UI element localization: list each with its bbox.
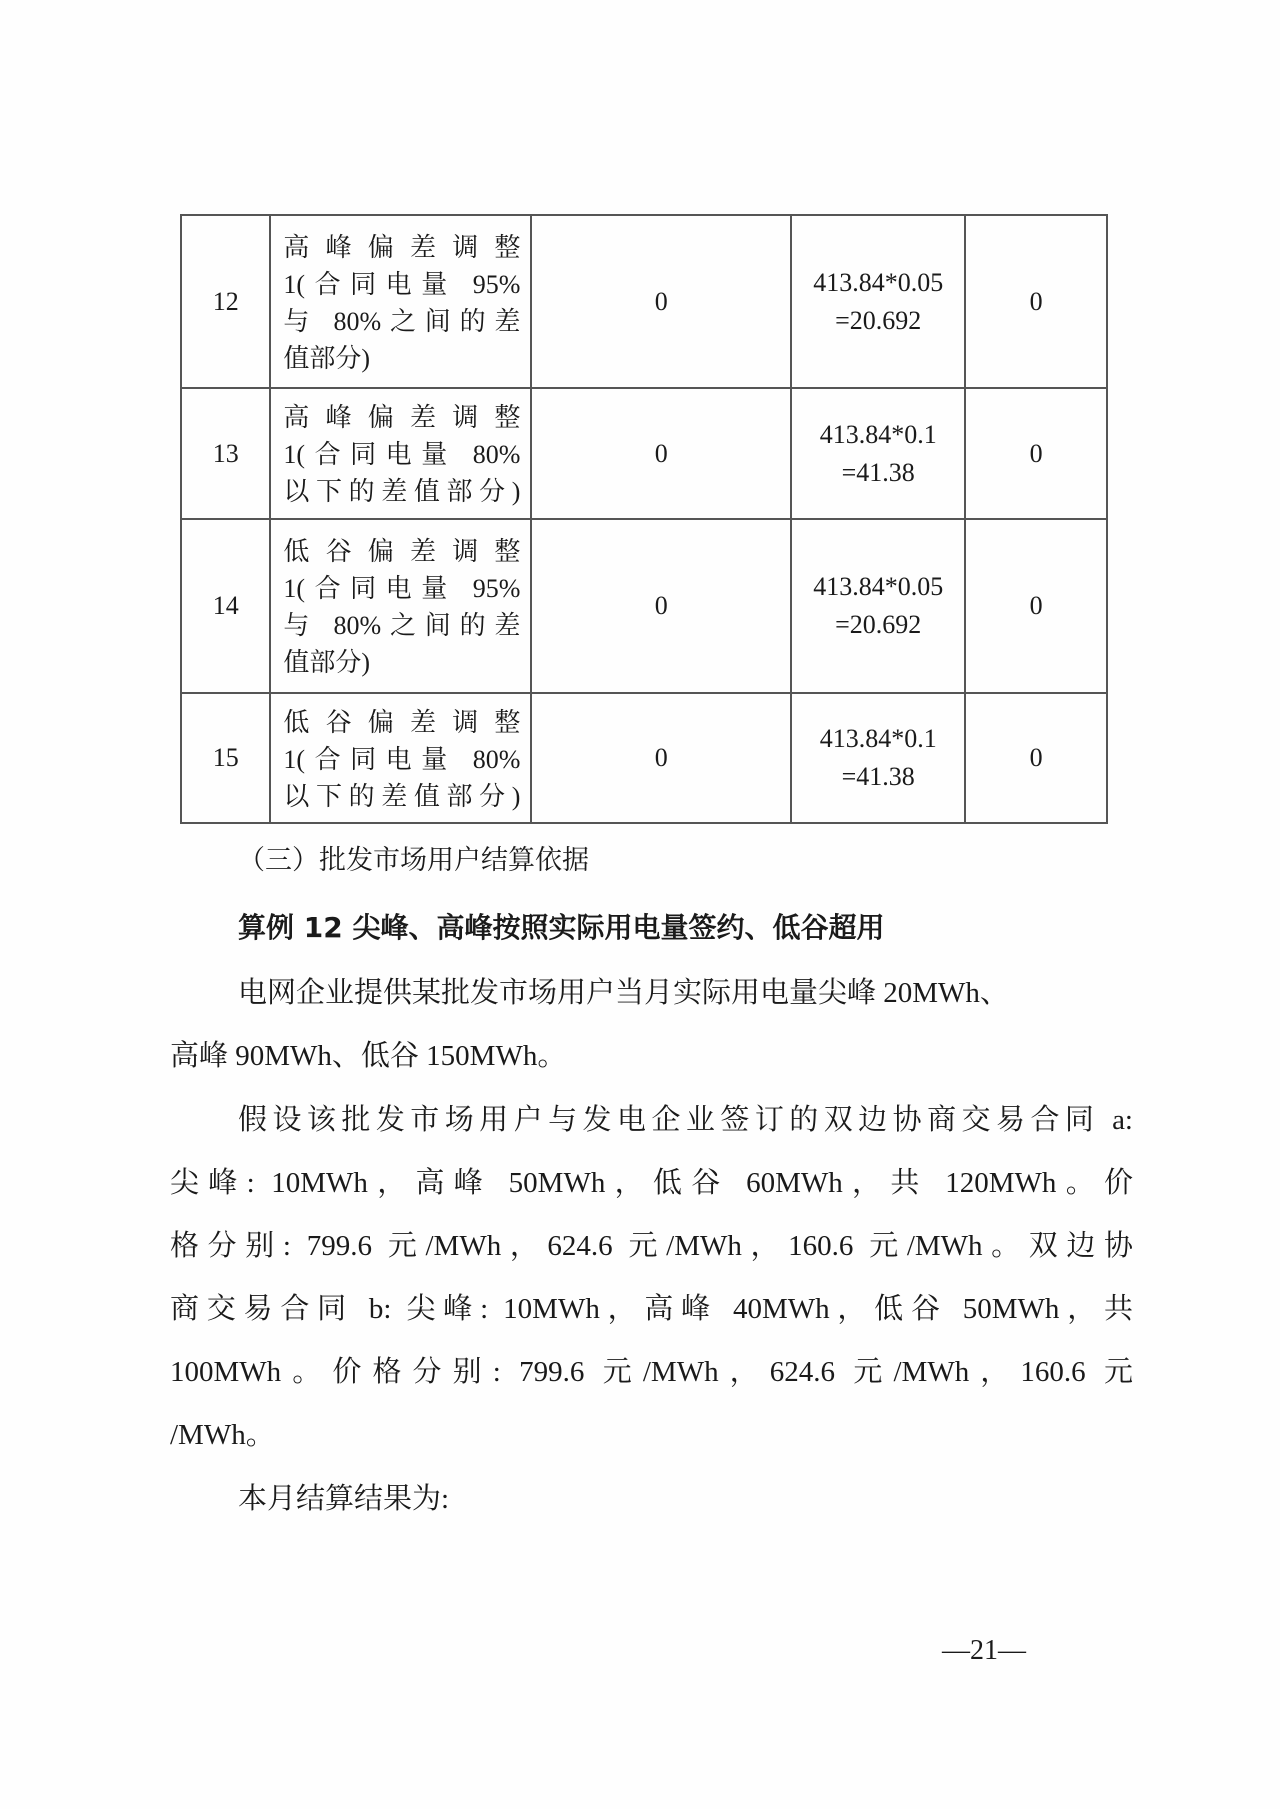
value-b: 413.84*0.1 =41.38 <box>791 388 965 519</box>
paragraph-line: 假设该批发市场用户与发电企业签订的双边协商交易合同 a: <box>238 1105 1133 1135</box>
settlement-table: 12 高峰偏差调整 1(合同电量 95% 与 80%之间的差 值部分) 0 41… <box>180 214 1108 824</box>
section-heading: （三）批发市场用户结算依据 <box>238 846 589 876</box>
row-number: 15 <box>181 693 270 823</box>
value-c: 0 <box>965 519 1107 693</box>
row-number: 14 <box>181 519 270 693</box>
row-number: 13 <box>181 388 270 519</box>
value-b: 413.84*0.1 =41.38 <box>791 693 965 823</box>
example-title: 算例 12 尖峰、高峰按照实际用电量签约、低谷超用 <box>238 913 884 943</box>
value-b: 413.84*0.05 =20.692 <box>791 215 965 388</box>
table-row: 12 高峰偏差调整 1(合同电量 95% 与 80%之间的差 值部分) 0 41… <box>181 215 1107 388</box>
value-c: 0 <box>965 388 1107 519</box>
paragraph-line: 电网企业提供某批发市场用户当月实际用电量尖峰 20MWh、 <box>238 978 1009 1008</box>
item-description: 低谷偏差调整 1(合同电量 95% 与 80%之间的差 值部分) <box>270 519 531 693</box>
paragraph-line: 本月结算结果为: <box>238 1484 449 1514</box>
document-page: 12 高峰偏差调整 1(合同电量 95% 与 80%之间的差 值部分) 0 41… <box>0 0 1280 1809</box>
item-description: 高峰偏差调整 1(合同电量 80% 以下的差值部分) <box>270 388 531 519</box>
paragraph-line: 100MWh。价格分别: 799.6 元/MWh，624.6 元/MWh，160… <box>170 1357 1133 1387</box>
item-description: 低谷偏差调整 1(合同电量 80% 以下的差值部分) <box>270 693 531 823</box>
value-b: 413.84*0.05 =20.692 <box>791 519 965 693</box>
value-a: 0 <box>531 519 791 693</box>
table-row: 14 低谷偏差调整 1(合同电量 95% 与 80%之间的差 值部分) 0 41… <box>181 519 1107 693</box>
value-a: 0 <box>531 693 791 823</box>
table-row: 13 高峰偏差调整 1(合同电量 80% 以下的差值部分) 0 413.84*0… <box>181 388 1107 519</box>
value-c: 0 <box>965 215 1107 388</box>
row-number: 12 <box>181 215 270 388</box>
item-description: 高峰偏差调整 1(合同电量 95% 与 80%之间的差 值部分) <box>270 215 531 388</box>
value-a: 0 <box>531 215 791 388</box>
paragraph-line: 商交易合同 b: 尖峰: 10MWh，高峰 40MWh，低谷 50MWh，共 <box>170 1294 1133 1324</box>
table-row: 15 低谷偏差调整 1(合同电量 80% 以下的差值部分) 0 413.84*0… <box>181 693 1107 823</box>
paragraph-line: 高峰 90MWh、低谷 150MWh。 <box>170 1041 566 1071</box>
paragraph-line: 格分别: 799.6 元/MWh，624.6 元/MWh，160.6 元/MWh… <box>170 1231 1133 1261</box>
paragraph-line: 尖峰: 10MWh，高峰 50MWh，低谷 60MWh，共 120MWh。价 <box>170 1168 1133 1198</box>
paragraph-line: /MWh。 <box>170 1420 275 1450</box>
page-number: —21— <box>942 1635 1026 1667</box>
value-c: 0 <box>965 693 1107 823</box>
value-a: 0 <box>531 388 791 519</box>
